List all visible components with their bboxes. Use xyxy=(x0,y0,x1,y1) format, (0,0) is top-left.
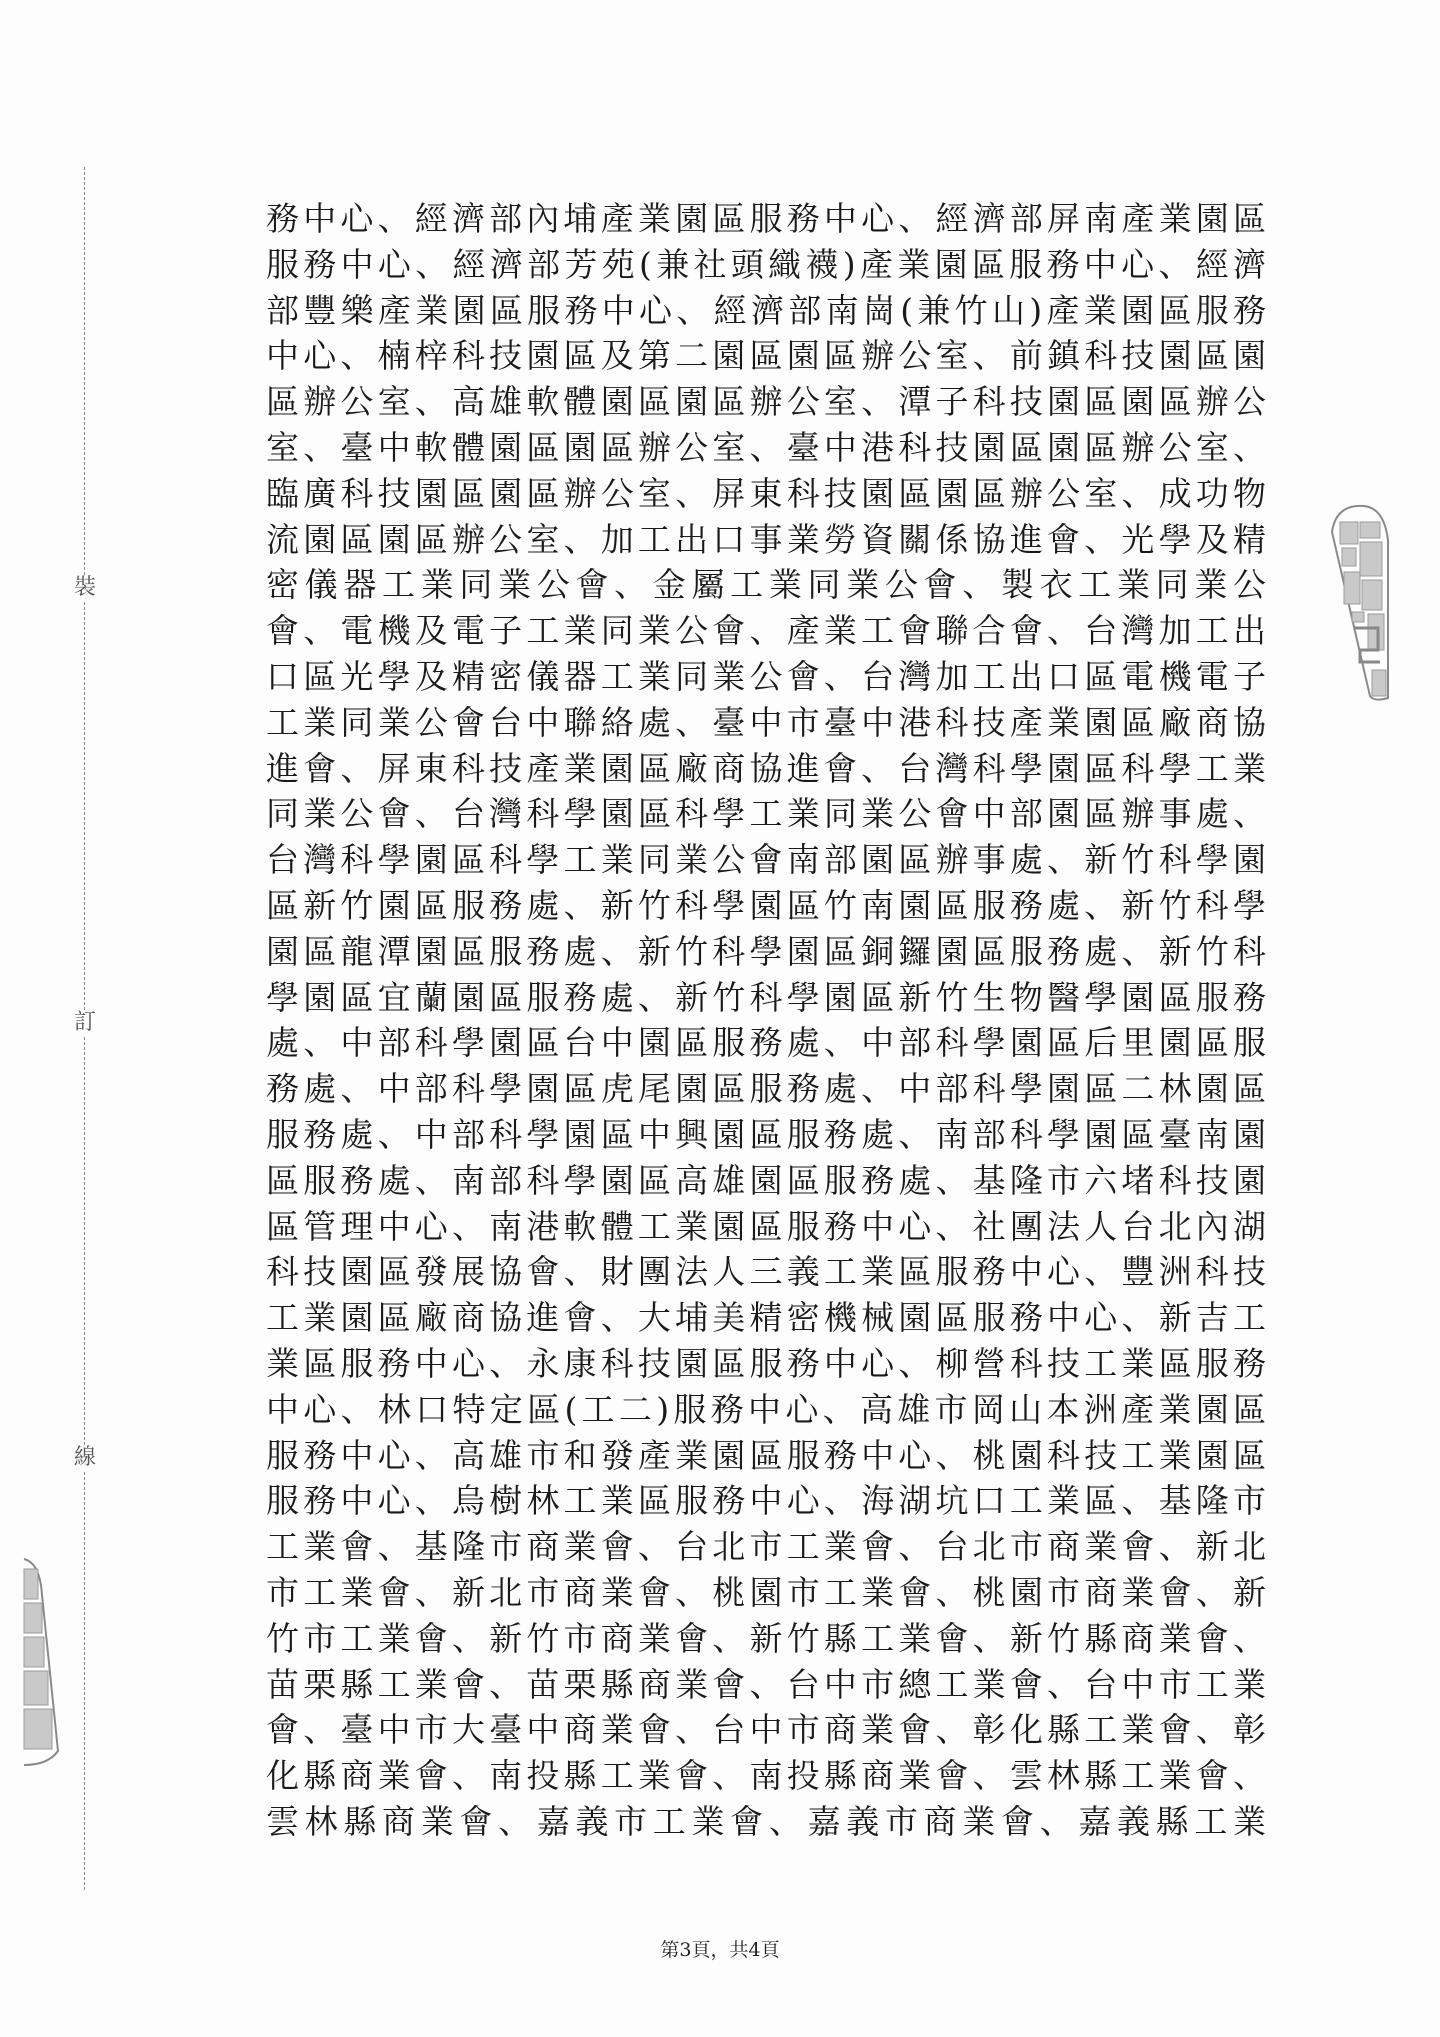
document-page: 裝 訂 線 務中心、經濟部內埔產業園區服務中心、經濟部屏南產業園區 服務中心、經… xyxy=(0,0,1440,2037)
text-line: 台灣科學園區科學工業同業公會南部園區辦事處、新竹科學園 xyxy=(266,837,1266,883)
text-line: 會、臺中市大臺中商業會、台中市商業會、彰化縣工業會、彰 xyxy=(266,1707,1266,1753)
binding-label-xian: 線 xyxy=(71,1445,99,1471)
text-line: 務處、中部科學園區虎尾園區服務處、中部科學園區二林園區 xyxy=(266,1066,1266,1112)
binding-label-zhuang: 裝 xyxy=(71,575,99,601)
text-line: 市工業會、新北市商業會、桃園市工業會、桃園市商業會、新 xyxy=(266,1570,1266,1616)
binding-label-ding: 訂 xyxy=(71,1010,99,1036)
text-line: 區辦公室、高雄軟體園區園區辦公室、潭子科技園區園區辦公 xyxy=(266,379,1266,425)
text-line: 部豐樂產業園區服務中心、經濟部南崗(兼竹山)產業園區服務 xyxy=(266,288,1266,334)
text-line: 服務中心、烏樹林工業區服務中心、海湖坑口工業區、基隆市 xyxy=(266,1478,1266,1524)
text-line: 口區光學及精密儀器工業同業公會、台灣加工出口區電機電子 xyxy=(266,654,1266,700)
text-line: 科技園區發展協會、財團法人三義工業區服務中心、豐洲科技 xyxy=(266,1249,1266,1295)
text-line: 苗栗縣工業會、苗栗縣商業會、台中市總工業會、台中市工業 xyxy=(266,1662,1266,1708)
text-line: 業區服務中心、永康科技園區服務中心、柳營科技工業區服務 xyxy=(266,1341,1266,1387)
text-line: 密儀器工業同業公會、金屬工業同業公會、製衣工業同業公 xyxy=(266,562,1266,608)
paging-seal-right-icon xyxy=(1318,500,1398,710)
document-body: 務中心、經濟部內埔產業園區服務中心、經濟部屏南產業園區 服務中心、經濟部芳苑(兼… xyxy=(266,196,1266,1845)
text-line: 服務中心、高雄市和發產業園區服務中心、桃園科技工業園區 xyxy=(266,1433,1266,1479)
page-number-footer: 第3頁，共4頁 xyxy=(0,1935,1440,1962)
text-line: 工業會、基隆市商業會、台北市工業會、台北市商業會、新北 xyxy=(266,1524,1266,1570)
text-line: 區管理中心、南港軟體工業園區服務中心、社團法人台北內湖 xyxy=(266,1204,1266,1250)
text-line: 工業園區廠商協進會、大埔美精密機械園區服務中心、新吉工 xyxy=(266,1295,1266,1341)
text-line: 處、中部科學園區台中園區服務處、中部科學園區后里園區服 xyxy=(266,1020,1266,1066)
text-line: 區新竹園區服務處、新竹科學園區竹南園區服務處、新竹科學 xyxy=(266,883,1266,929)
text-line: 中心、林口特定區(工二)服務中心、高雄市岡山本洲產業園區 xyxy=(266,1387,1266,1433)
paging-seal-left-icon xyxy=(18,1555,68,1770)
text-line: 務中心、經濟部內埔產業園區服務中心、經濟部屏南產業園區 xyxy=(266,196,1266,242)
text-line: 臨廣科技園區園區辦公室、屏東科技園區園區辦公室、成功物 xyxy=(266,471,1266,517)
text-line: 流園區園區辦公室、加工出口事業勞資關係協進會、光學及精 xyxy=(266,517,1266,563)
text-line: 工業同業公會台中聯絡處、臺中市臺中港科技產業園區廠商協 xyxy=(266,700,1266,746)
text-line: 雲林縣商業會、嘉義市工業會、嘉義市商業會、嘉義縣工業 xyxy=(266,1799,1266,1845)
text-line: 園區龍潭園區服務處、新竹科學園區銅鑼園區服務處、新竹科 xyxy=(266,929,1266,975)
text-line: 區服務處、南部科學園區高雄園區服務處、基隆市六堵科技園 xyxy=(266,1158,1266,1204)
text-line: 化縣商業會、南投縣工業會、南投縣商業會、雲林縣工業會、 xyxy=(266,1753,1266,1799)
text-line: 竹市工業會、新竹市商業會、新竹縣工業會、新竹縣商業會、 xyxy=(266,1616,1266,1662)
text-line: 服務中心、經濟部芳苑(兼社頭織襪)產業園區服務中心、經濟 xyxy=(266,242,1266,288)
text-line: 同業公會、台灣科學園區科學工業同業公會中部園區辦事處、 xyxy=(266,791,1266,837)
text-line: 服務處、中部科學園區中興園區服務處、南部科學園區臺南園 xyxy=(266,1112,1266,1158)
text-line: 進會、屏東科技產業園區廠商協進會、台灣科學園區科學工業 xyxy=(266,746,1266,792)
text-line: 學園區宜蘭園區服務處、新竹科學園區新竹生物醫學園區服務 xyxy=(266,975,1266,1021)
text-line: 中心、楠梓科技園區及第二園區園區辦公室、前鎮科技園區園 xyxy=(266,333,1266,379)
text-line: 室、臺中軟體園區園區辦公室、臺中港科技園區園區辦公室、 xyxy=(266,425,1266,471)
text-line: 會、電機及電子工業同業公會、產業工會聯合會、台灣加工出 xyxy=(266,608,1266,654)
